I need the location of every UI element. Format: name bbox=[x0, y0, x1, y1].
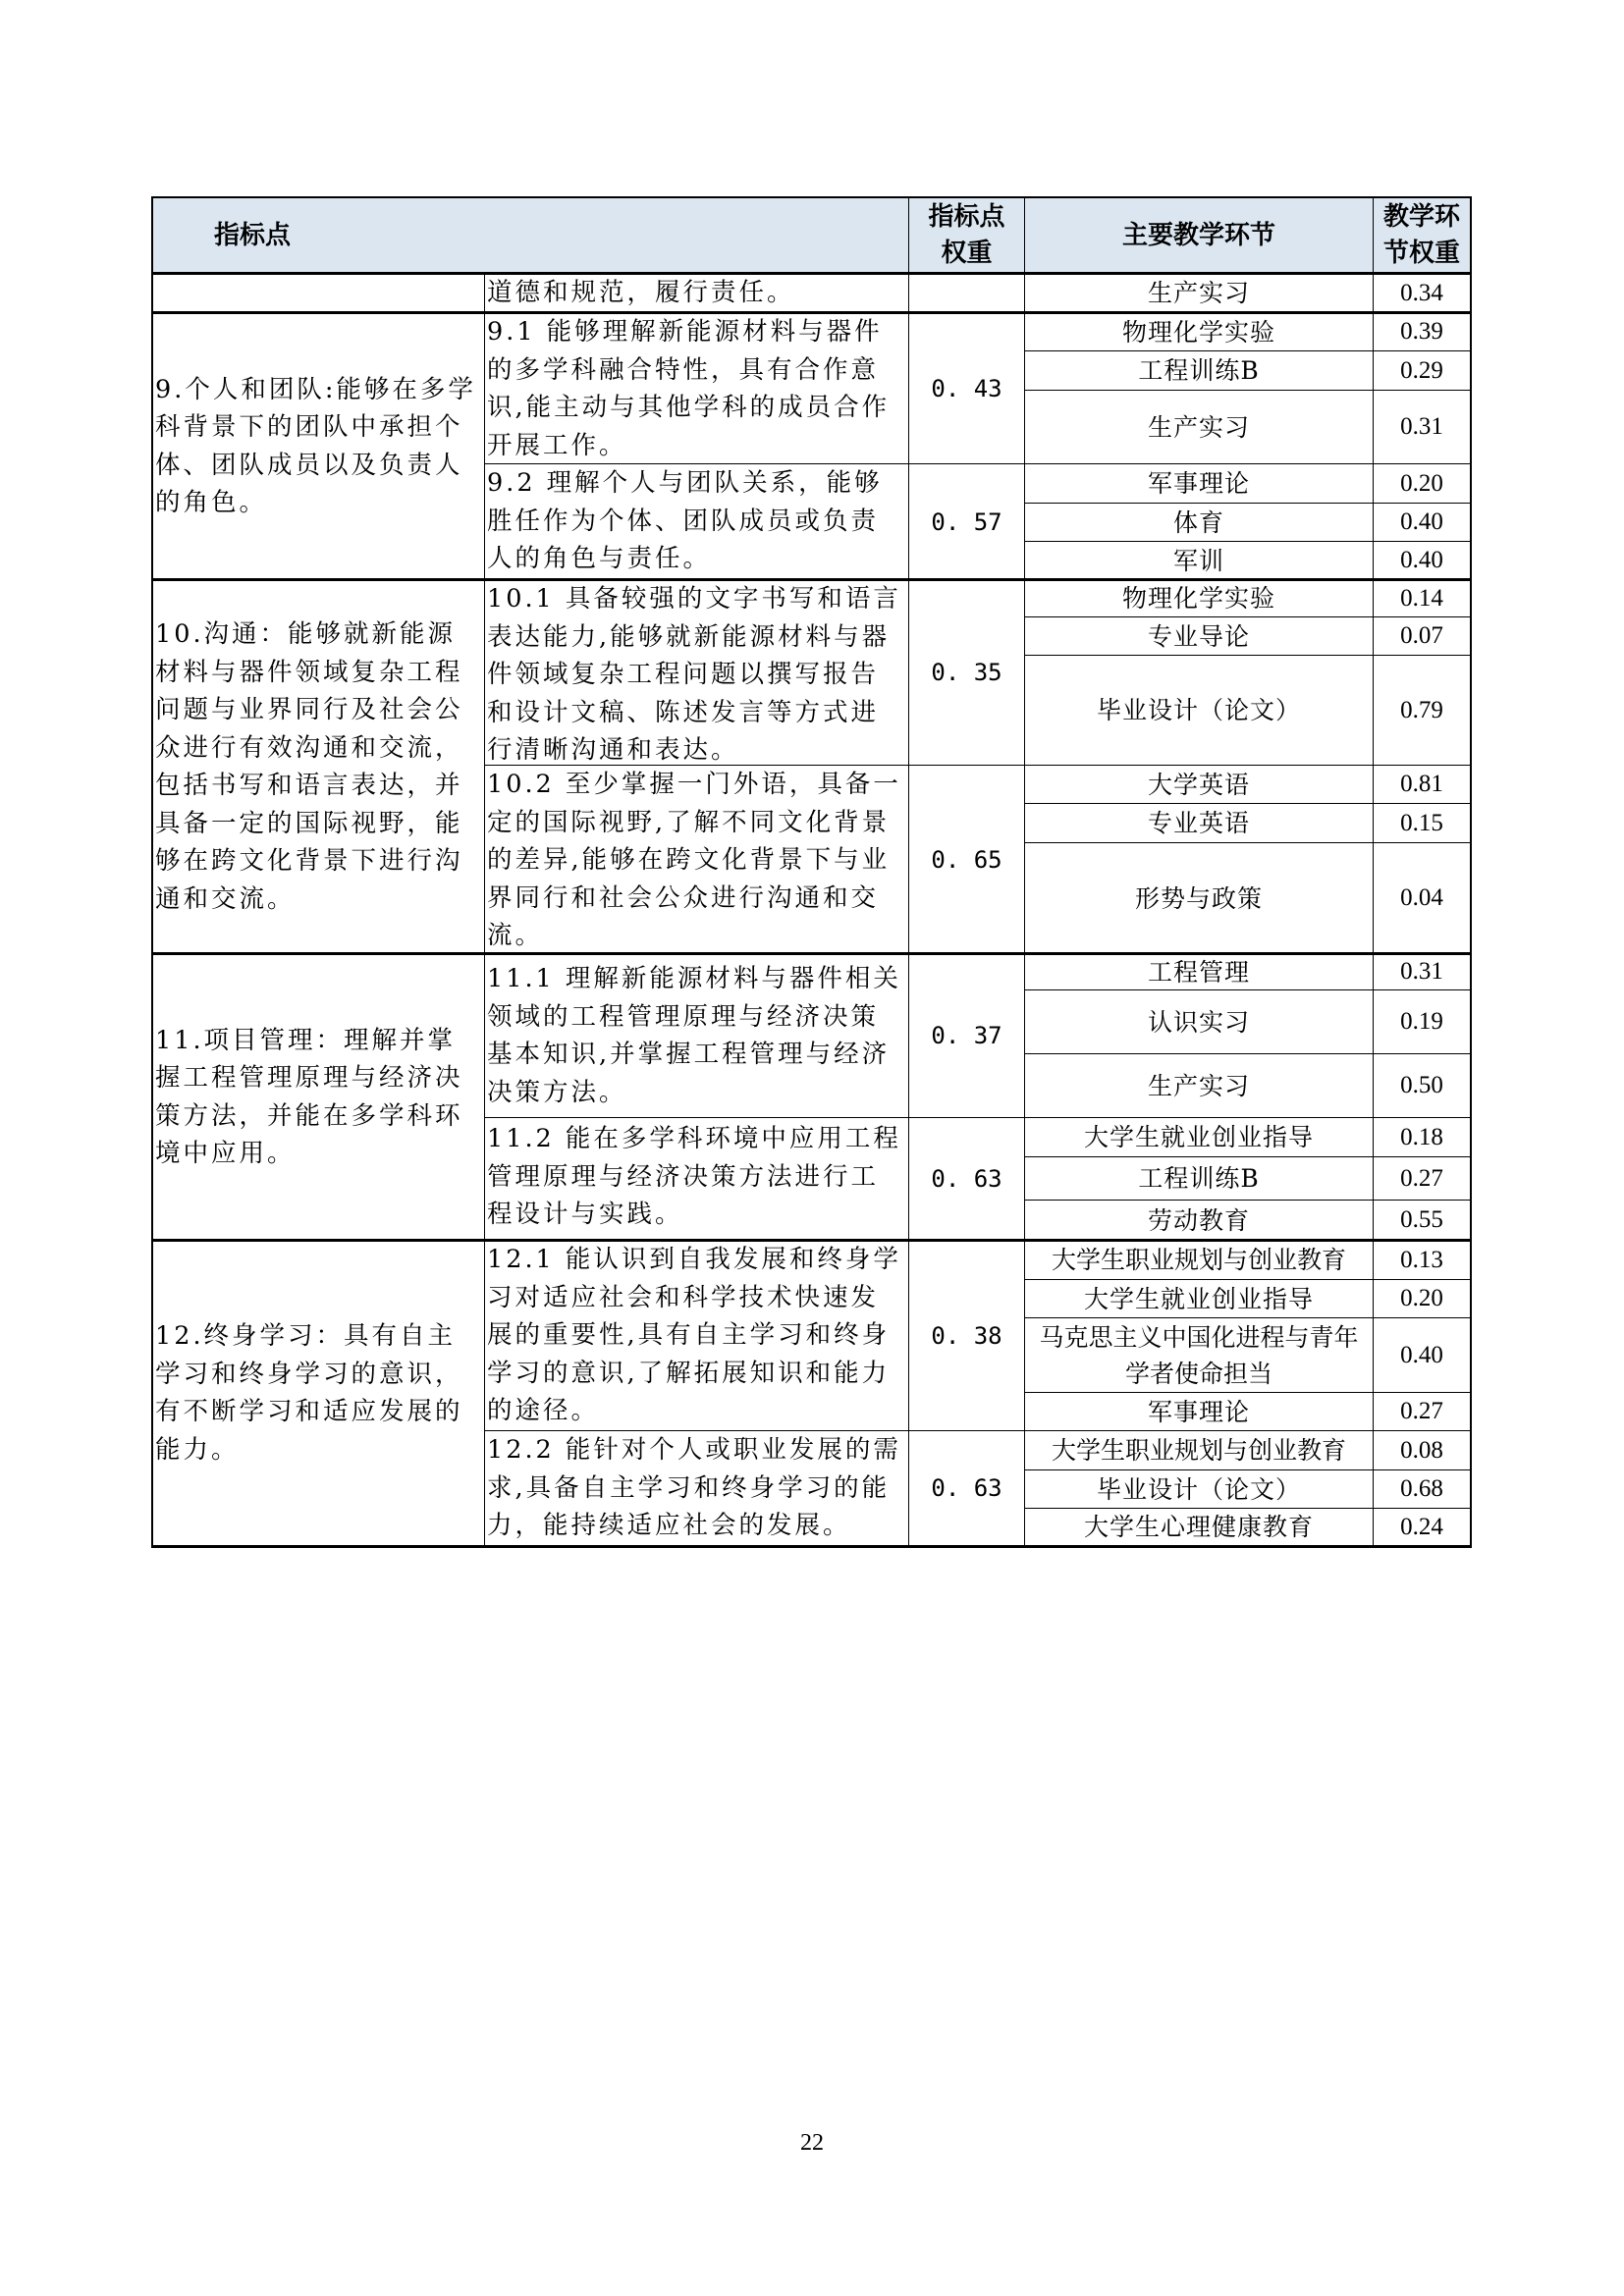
page-number: 22 bbox=[783, 2130, 841, 2157]
course-weight-cell: 0.07 bbox=[1373, 616, 1471, 656]
course-weight-cell: 0.14 bbox=[1373, 579, 1471, 617]
header-indicator-label: 指标点 bbox=[214, 218, 291, 254]
indicator-cell-9-2: 9.2 理解个人与团队关系，能够胜任作为个体、团队成员或负责人的角色与责任。 bbox=[484, 463, 909, 580]
course-name-cell: 大学生心理健康教育 bbox=[1024, 1508, 1374, 1546]
course-weight-cell: 0.19 bbox=[1373, 989, 1471, 1054]
course-name-cell: 大学生就业创业指导 bbox=[1024, 1279, 1374, 1318]
indicator-weight-value: 0. 65 bbox=[931, 846, 1001, 874]
document-page: 指标点 指标点 权重 主要教学环节 教学环 节权重 道德和规范，履行责任。 生产… bbox=[0, 0, 1624, 2296]
course-name-cell: 生产实习 bbox=[1024, 390, 1374, 464]
course-weight-value: 0.29 bbox=[1400, 357, 1443, 385]
course-name-cell: 生产实习 bbox=[1024, 1053, 1374, 1118]
course-name: 军训 bbox=[1025, 543, 1373, 579]
course-name: 毕业设计（论文） bbox=[1025, 1471, 1373, 1508]
course-name: 马克思主义中国化进程与青年学者使命担当 bbox=[1025, 1319, 1373, 1392]
course-name: 生产实习 bbox=[1025, 275, 1373, 311]
indicator-weight-cell-continuation bbox=[908, 273, 1025, 313]
indicator-cell-11-1: 11.1 理解新能源材料与器件相关领域的工程管理原理与经济决策基本知识,并掌握工… bbox=[484, 953, 909, 1118]
course-weight-cell: 0.20 bbox=[1373, 1279, 1471, 1318]
course-weight-value: 0.27 bbox=[1400, 1398, 1443, 1425]
course-name-cell: 物理化学实验 bbox=[1024, 579, 1374, 617]
section-divider bbox=[151, 1239, 1472, 1242]
requirement-text: 11.项目管理：理解并掌握工程管理原理与经济决策方法，并能在多学科环境中应用。 bbox=[155, 1022, 482, 1173]
course-weight-value: 0.34 bbox=[1400, 280, 1443, 307]
course-weight-value: 0.31 bbox=[1400, 413, 1443, 441]
course-name-cell: 大学生就业创业指导 bbox=[1024, 1117, 1374, 1157]
course-weight-value: 0.39 bbox=[1400, 318, 1443, 346]
course-name: 体育 bbox=[1025, 505, 1373, 541]
course-name-cell: 军训 bbox=[1024, 541, 1374, 580]
course-weight-cell: 0.27 bbox=[1373, 1392, 1471, 1431]
course-name: 大学生职业规划与创业教育 bbox=[1025, 1432, 1373, 1468]
course-name: 认识实习 bbox=[1025, 1004, 1373, 1041]
requirement-cell-9: 9.个人和团队:能够在多学科背景下的团队中承担个体、团队成员以及负责人的角色。 bbox=[152, 312, 485, 580]
course-weight-value: 0.15 bbox=[1400, 810, 1443, 837]
course-weight-value: 0.81 bbox=[1400, 771, 1443, 798]
course-weight-cell: 0.31 bbox=[1373, 953, 1471, 990]
course-weight-cell: 0.39 bbox=[1373, 312, 1471, 351]
course-name-cell: 大学生职业规划与创业教育 bbox=[1024, 1430, 1374, 1470]
course-weight-cell: 0.79 bbox=[1373, 655, 1471, 766]
indicator-weight-cell-10-1: 0. 35 bbox=[908, 579, 1025, 766]
indicator-text: 道德和规范，履行责任。 bbox=[487, 274, 906, 312]
indicator-text: 12.2 能针对个人或职业发展的需求,具备自主学习和终身学习的能力，能持续适应社… bbox=[487, 1431, 906, 1545]
section-divider bbox=[151, 311, 1472, 314]
course-weight-cell: 0.55 bbox=[1373, 1200, 1471, 1241]
course-name: 工程训练B bbox=[1025, 1160, 1373, 1197]
course-weight-value: 0.79 bbox=[1400, 697, 1443, 724]
course-name-cell: 工程管理 bbox=[1024, 953, 1374, 990]
course-weight-value: 0.08 bbox=[1400, 1437, 1443, 1465]
indicator-text: 11.2 能在多学科环境中应用工程管理原理与经济决策方法进行工程设计与实践。 bbox=[487, 1120, 906, 1234]
indicator-text: 10.2 至少掌握一门外语，具备一定的国际视野,了解不同文化背景的差异,能够在跨… bbox=[487, 766, 906, 954]
indicator-text: 11.1 理解新能源材料与器件相关领域的工程管理原理与经济决策基本知识,并掌握工… bbox=[487, 960, 906, 1111]
course-name-cell: 大学英语 bbox=[1024, 765, 1374, 804]
indicator-weight-value: 0. 37 bbox=[931, 1022, 1001, 1049]
course-weight-cell: 0.24 bbox=[1373, 1508, 1471, 1546]
course-weight-value: 0.40 bbox=[1400, 547, 1443, 574]
course-weight-cell: 0.40 bbox=[1373, 503, 1471, 542]
course-weight-value: 0.40 bbox=[1400, 508, 1443, 536]
header-course-weight-line1: 教学环 bbox=[1383, 202, 1460, 232]
indicator-cell-11-2: 11.2 能在多学科环境中应用工程管理原理与经济决策方法进行工程设计与实践。 bbox=[484, 1117, 909, 1241]
course-weight-value: 0.19 bbox=[1400, 1008, 1443, 1036]
course-name-cell: 马克思主义中国化进程与青年学者使命担当 bbox=[1024, 1317, 1374, 1393]
header-course-weight: 教学环 节权重 bbox=[1373, 197, 1471, 274]
course-name: 毕业设计（论文） bbox=[1025, 692, 1373, 728]
header-main-courses-label: 主要教学环节 bbox=[1122, 218, 1275, 254]
course-name: 军事理论 bbox=[1025, 1394, 1373, 1430]
course-name: 形势与政策 bbox=[1025, 881, 1373, 917]
indicator-weight-value: 0. 43 bbox=[931, 375, 1001, 402]
course-weight-cell: 0.15 bbox=[1373, 803, 1471, 843]
course-weight-value: 0.07 bbox=[1400, 622, 1443, 650]
course-name-cell: 体育 bbox=[1024, 503, 1374, 542]
indicator-weight-value: 0. 35 bbox=[931, 659, 1001, 686]
course-name: 工程管理 bbox=[1025, 954, 1373, 990]
course-weight-cell: 0.08 bbox=[1373, 1430, 1471, 1470]
course-name: 大学生就业创业指导 bbox=[1025, 1119, 1373, 1155]
course-name-cell: 生产实习 bbox=[1024, 273, 1374, 313]
course-weight-cell: 0.13 bbox=[1373, 1240, 1471, 1280]
course-weight-cell: 0.40 bbox=[1373, 541, 1471, 580]
course-name: 大学生心理健康教育 bbox=[1025, 1509, 1373, 1545]
header-divider bbox=[151, 272, 1472, 275]
course-name: 军事理论 bbox=[1025, 465, 1373, 502]
indicator-weight-cell-12-2: 0. 63 bbox=[908, 1430, 1025, 1546]
course-name-cell: 劳动教育 bbox=[1024, 1200, 1374, 1241]
indicator-cell-10-1: 10.1 具备较强的文字书写和语言表达能力,能够就新能源材料与器件领域复杂工程问… bbox=[484, 579, 909, 766]
course-weight-value: 0.40 bbox=[1400, 1342, 1443, 1369]
course-weight-cell: 0.34 bbox=[1373, 273, 1471, 313]
course-name-cell: 大学生职业规划与创业教育 bbox=[1024, 1240, 1374, 1280]
requirement-cell-continuation bbox=[152, 273, 485, 313]
course-name: 大学生就业创业指导 bbox=[1025, 1281, 1373, 1317]
header-main-courses: 主要教学环节 bbox=[1024, 197, 1374, 274]
indicator-weight-cell-9-1: 0. 43 bbox=[908, 312, 1025, 464]
course-name: 专业导论 bbox=[1025, 618, 1373, 655]
course-name-cell: 专业英语 bbox=[1024, 803, 1374, 843]
indicator-weight-cell-12-1: 0. 38 bbox=[908, 1240, 1025, 1431]
requirement-cell-12: 12.终身学习：具有自主学习和终身学习的意识，有不断学习和适应发展的能力。 bbox=[152, 1240, 485, 1546]
course-weight-value: 0.14 bbox=[1400, 585, 1443, 613]
course-name-cell: 工程训练B bbox=[1024, 350, 1374, 391]
requirement-cell-11: 11.项目管理：理解并掌握工程管理原理与经济决策方法，并能在多学科环境中应用。 bbox=[152, 953, 485, 1241]
indicator-text: 9.1 能够理解新能源材料与器件的多学科融合特性，具有合作意识,能主动与其他学科… bbox=[487, 313, 906, 464]
indicator-cell-continuation: 道德和规范，履行责任。 bbox=[484, 273, 909, 313]
indicator-weight-cell-11-1: 0. 37 bbox=[908, 953, 1025, 1118]
indicator-weight-cell-11-2: 0. 63 bbox=[908, 1117, 1025, 1241]
header-indicator-weight-line2: 权重 bbox=[941, 239, 992, 268]
course-name: 生产实习 bbox=[1025, 409, 1373, 446]
course-weight-value: 0.20 bbox=[1400, 1285, 1443, 1312]
course-name-cell: 专业导论 bbox=[1024, 616, 1374, 656]
indicator-cell-10-2: 10.2 至少掌握一门外语，具备一定的国际视野,了解不同文化背景的差异,能够在跨… bbox=[484, 765, 909, 954]
course-name-cell: 毕业设计（论文） bbox=[1024, 655, 1374, 766]
course-weight-cell: 0.29 bbox=[1373, 350, 1471, 391]
course-weight-value: 0.31 bbox=[1400, 958, 1443, 986]
course-name: 劳动教育 bbox=[1025, 1202, 1373, 1239]
course-weight-cell: 0.40 bbox=[1373, 1317, 1471, 1393]
requirement-text: 12.终身学习：具有自主学习和终身学习的意识，有不断学习和适应发展的能力。 bbox=[155, 1317, 482, 1468]
course-weight-value: 0.04 bbox=[1400, 884, 1443, 912]
indicator-weight-value: 0. 57 bbox=[931, 508, 1001, 536]
course-weight-cell: 0.18 bbox=[1373, 1117, 1471, 1157]
section-divider bbox=[151, 952, 1472, 955]
requirement-cell-10: 10.沟通：能够就新能源材料与器件领域复杂工程问题与业界同行及社会公众进行有效沟… bbox=[152, 579, 485, 954]
course-name-cell: 军事理论 bbox=[1024, 1392, 1374, 1431]
course-weight-value: 0.55 bbox=[1400, 1206, 1443, 1234]
indicator-weight-value: 0. 63 bbox=[931, 1474, 1001, 1502]
course-weight-value: 0.68 bbox=[1400, 1475, 1443, 1503]
course-weight-value: 0.20 bbox=[1400, 470, 1443, 498]
section-divider bbox=[151, 578, 1472, 581]
course-name: 生产实习 bbox=[1025, 1068, 1373, 1104]
course-name-cell: 军事理论 bbox=[1024, 463, 1374, 504]
indicator-weight-value: 0. 38 bbox=[931, 1322, 1001, 1350]
course-name-cell: 物理化学实验 bbox=[1024, 312, 1374, 351]
indicator-weight-value: 0. 63 bbox=[931, 1165, 1001, 1193]
indicator-text: 10.1 具备较强的文字书写和语言表达能力,能够就新能源材料与器件领域复杂工程问… bbox=[487, 580, 906, 766]
course-weight-cell: 0.31 bbox=[1373, 390, 1471, 464]
header-indicator-weight: 指标点 权重 bbox=[908, 197, 1025, 274]
course-name-cell: 认识实习 bbox=[1024, 989, 1374, 1054]
course-name: 物理化学实验 bbox=[1025, 314, 1373, 350]
course-weight-cell: 0.04 bbox=[1373, 842, 1471, 954]
course-weight-cell: 0.27 bbox=[1373, 1156, 1471, 1201]
course-name-cell: 工程训练B bbox=[1024, 1156, 1374, 1201]
course-weight-cell: 0.81 bbox=[1373, 765, 1471, 804]
course-weight-value: 0.24 bbox=[1400, 1514, 1443, 1541]
indicator-weight-cell-9-2: 0. 57 bbox=[908, 463, 1025, 580]
indicator-weight-cell-10-2: 0. 65 bbox=[908, 765, 1025, 954]
course-weight-cell: 0.20 bbox=[1373, 463, 1471, 504]
course-weight-value: 0.18 bbox=[1400, 1124, 1443, 1151]
course-name: 物理化学实验 bbox=[1025, 580, 1373, 616]
course-weight-cell: 0.50 bbox=[1373, 1053, 1471, 1118]
course-name: 工程训练B bbox=[1025, 352, 1373, 389]
indicator-cell-12-1: 12.1 能认识到自我发展和终身学习对适应社会和科学技术快速发展的重要性,具有自… bbox=[484, 1240, 909, 1431]
course-name: 专业英语 bbox=[1025, 805, 1373, 841]
indicator-text: 12.1 能认识到自我发展和终身学习对适应社会和科学技术快速发展的重要性,具有自… bbox=[487, 1241, 906, 1430]
indicator-cell-9-1: 9.1 能够理解新能源材料与器件的多学科融合特性，具有合作意识,能主动与其他学科… bbox=[484, 312, 909, 464]
course-name-cell: 形势与政策 bbox=[1024, 842, 1374, 954]
course-weight-value: 0.13 bbox=[1400, 1247, 1443, 1274]
indicator-text: 9.2 理解个人与团队关系，能够胜任作为个体、团队成员或负责人的角色与责任。 bbox=[487, 464, 906, 578]
requirement-text: 10.沟通：能够就新能源材料与器件领域复杂工程问题与业界同行及社会公众进行有效沟… bbox=[155, 615, 482, 918]
course-weight-cell: 0.68 bbox=[1373, 1469, 1471, 1509]
course-weight-value: 0.50 bbox=[1400, 1072, 1443, 1099]
course-weight-value: 0.27 bbox=[1400, 1165, 1443, 1193]
header-indicator: 指标点 bbox=[152, 197, 909, 274]
header-indicator-weight-line1: 指标点 bbox=[928, 202, 1004, 232]
header-course-weight-line2: 节权重 bbox=[1383, 239, 1460, 268]
requirement-text: 9.个人和团队:能够在多学科背景下的团队中承担个体、团队成员以及负责人的角色。 bbox=[155, 371, 482, 522]
course-name: 大学英语 bbox=[1025, 767, 1373, 803]
course-name-cell: 毕业设计（论文） bbox=[1024, 1469, 1374, 1509]
indicator-cell-12-2: 12.2 能针对个人或职业发展的需求,具备自主学习和终身学习的能力，能持续适应社… bbox=[484, 1430, 909, 1546]
course-name: 大学生职业规划与创业教育 bbox=[1025, 1242, 1373, 1278]
